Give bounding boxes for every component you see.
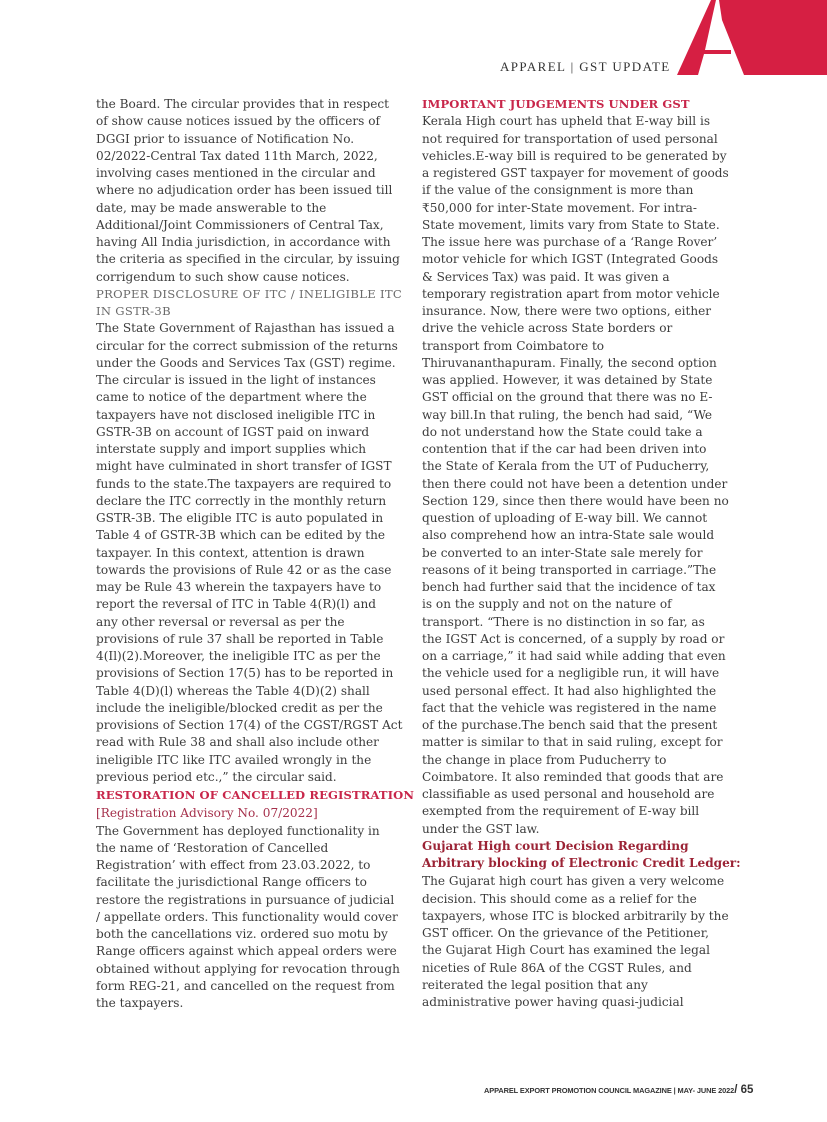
text-line: under the Goods and Services Tax (GST) r… bbox=[96, 355, 408, 372]
text-line: declare the ITC correctly in the monthly… bbox=[96, 493, 408, 510]
subheading-registration-advisory: [Registration Advisory No. 07/2022] bbox=[96, 805, 408, 822]
text-line: might have culminated in short transfer … bbox=[96, 458, 408, 475]
text-line: vehicles.E-way bill is required to be ge… bbox=[422, 148, 734, 165]
text-line: GST official on the ground that there wa… bbox=[422, 389, 734, 406]
text-line: the vehicle used for a negligible run, i… bbox=[422, 665, 734, 682]
section-title: APPAREL | GST UPDATE bbox=[500, 59, 671, 75]
text-line: provisions of Section 17(4) of the CGST/… bbox=[96, 717, 408, 734]
text-line: previous period etc.,” the circular said… bbox=[96, 769, 408, 786]
heading-gujarat-high-court-decision: Gujarat High court Decision RegardingArb… bbox=[422, 838, 734, 873]
text-line: reiterated the legal position that any bbox=[422, 977, 734, 994]
page-number: 65 bbox=[741, 1084, 754, 1096]
text-line: The issue here was purchase of a ‘Range … bbox=[422, 234, 734, 251]
text-line: / appellate orders. This functionality w… bbox=[96, 909, 408, 926]
text-line: decision. This should come as a relief f… bbox=[422, 891, 734, 908]
text-line: restore the registrations in pursuance o… bbox=[96, 892, 408, 909]
right-column: IMPORTANT JUDGEMENTS UNDER GST Kerala Hi… bbox=[422, 96, 734, 1011]
text-line: GSTR-3B on account of IGST paid on inwar… bbox=[96, 424, 408, 441]
text-line: reasons of it being transported in carri… bbox=[422, 562, 734, 579]
apparel-a-logo-icon bbox=[667, 0, 827, 76]
text-line: is on the supply and not on the nature o… bbox=[422, 596, 734, 613]
text-line: taxpayers have not disclosed ineligible … bbox=[96, 407, 408, 424]
text-line: ₹50,000 for inter-State movement. For in… bbox=[422, 200, 734, 217]
text-line: of the purchase.The bench said that the … bbox=[422, 717, 734, 734]
text-line: Section 129, since then there would have… bbox=[422, 493, 734, 510]
text-line: 4(Il)(2).Moreover, the ineligible ITC as… bbox=[96, 648, 408, 665]
text-line: do not understand how the State could ta… bbox=[422, 424, 734, 441]
text-line: GST officer. On the grievance of the Pet… bbox=[422, 925, 734, 942]
text-line: involving cases mentioned in the circula… bbox=[96, 165, 408, 182]
text-line: date, may be made answerable to the bbox=[96, 200, 408, 217]
text-line: the Gujarat High Court has examined the … bbox=[422, 942, 734, 959]
text-line: came to notice of the department where t… bbox=[96, 389, 408, 406]
text-line: facilitate the jurisdictional Range offi… bbox=[96, 874, 408, 891]
text-line: transport from Coimbatore to bbox=[422, 338, 734, 355]
paragraph-rajasthan-circular: The State Government of Rajasthan has is… bbox=[96, 320, 408, 786]
text-line: provisions of rule 37 shall be reported … bbox=[96, 631, 408, 648]
text-line: GSTR-3B. The eligible ITC is auto popula… bbox=[96, 510, 408, 527]
paragraph-kerala-high-court: Kerala High court has upheld that E-way … bbox=[422, 113, 734, 838]
text-line: The Gujarat high court has given a very … bbox=[422, 873, 734, 890]
text-line: question of uploading of E-way bill. We … bbox=[422, 510, 734, 527]
text-line: contention that if the car had been driv… bbox=[422, 441, 734, 458]
text-line: Registration’ with effect from 23.03.202… bbox=[96, 857, 408, 874]
text-line: may be Rule 43 wherein the taxpayers hav… bbox=[96, 579, 408, 596]
text-line: State movement, limits vary from State t… bbox=[422, 217, 734, 234]
text-line: Thiruvananthapuram. Finally, the second … bbox=[422, 355, 734, 372]
text-line: Gujarat High court Decision Regarding bbox=[422, 838, 734, 855]
text-line: transport. “There is no distinction in s… bbox=[422, 614, 734, 631]
text-line: under the GST law. bbox=[422, 821, 734, 838]
text-line: where no adjudication order has been iss… bbox=[96, 182, 408, 199]
text-line: the name of ‘Restoration of Cancelled bbox=[96, 840, 408, 857]
heading-important-judgements: IMPORTANT JUDGEMENTS UNDER GST bbox=[422, 96, 734, 113]
text-line: interstate supply and import supplies wh… bbox=[96, 441, 408, 458]
text-line: exempted from the requirement of E-way b… bbox=[422, 803, 734, 820]
text-line: a registered GST taxpayer for movement o… bbox=[422, 165, 734, 182]
text-line: also comprehend how an intra-State sale … bbox=[422, 527, 734, 544]
text-line: provisions of Section 17(5) has to be re… bbox=[96, 665, 408, 682]
text-line: The circular is issued in the light of i… bbox=[96, 372, 408, 389]
text-line: not required for transportation of used … bbox=[422, 131, 734, 148]
text-line: report the reversal of ITC in Table 4(R)… bbox=[96, 596, 408, 613]
text-line: matter is similar to that in said ruling… bbox=[422, 734, 734, 751]
text-line: way bill.In that ruling, the bench had s… bbox=[422, 407, 734, 424]
text-line: Table 4(D)(l) whereas the Table 4(D)(2) … bbox=[96, 683, 408, 700]
text-line: corrigendum to such show cause notices. bbox=[96, 269, 408, 286]
text-line: if the value of the consignment is more … bbox=[422, 182, 734, 199]
text-line: read with Rule 38 and shall also include… bbox=[96, 734, 408, 751]
text-line: the criteria as specified in the circula… bbox=[96, 251, 408, 268]
text-line: bench had further said that the incidenc… bbox=[422, 579, 734, 596]
text-line: Range officers against which appeal orde… bbox=[96, 943, 408, 960]
text-line: of show cause notices issued by the offi… bbox=[96, 113, 408, 130]
text-line: IN GSTR-3B bbox=[96, 303, 408, 320]
heading-restoration-cancelled-registration: RESTORATION OF CANCELLED REGISTRATION bbox=[96, 787, 408, 804]
text-line: The Government has deployed functionalit… bbox=[96, 823, 408, 840]
text-line: drive the vehicle across State borders o… bbox=[422, 320, 734, 337]
text-line: the State of Kerala from the UT of Puduc… bbox=[422, 458, 734, 475]
text-line: the taxpayers. bbox=[96, 995, 408, 1012]
text-line: Kerala High court has upheld that E-way … bbox=[422, 113, 734, 130]
paragraph-restoration-functionality: The Government has deployed functionalit… bbox=[96, 823, 408, 1013]
text-line: was applied. However, it was detained by… bbox=[422, 372, 734, 389]
text-line: Coimbatore. It also reminded that goods … bbox=[422, 769, 734, 786]
text-line: insurance. Now, there were two options, … bbox=[422, 303, 734, 320]
text-line: motor vehicle for which IGST (Integrated… bbox=[422, 251, 734, 268]
text-line: ineligible ITC like ITC availed wrongly … bbox=[96, 752, 408, 769]
text-line: funds to the state.The taxpayers are req… bbox=[96, 476, 408, 493]
heading-proper-disclosure-itc: PROPER DISCLOSURE OF ITC / INELIGIBLE IT… bbox=[96, 286, 408, 321]
page-footer: APPAREL EXPORT PROMOTION COUNCIL MAGAZIN… bbox=[484, 1080, 753, 1098]
text-line: be converted to an inter-State sale mere… bbox=[422, 545, 734, 562]
text-line: having All India jurisdiction, in accord… bbox=[96, 234, 408, 251]
text-line: Arbitrary blocking of Electronic Credit … bbox=[422, 855, 734, 872]
text-line: DGGI prior to issuance of Notification N… bbox=[96, 131, 408, 148]
paragraph-board-circular: the Board. The circular provides that in… bbox=[96, 96, 408, 286]
text-line: Additional/Joint Commissioners of Centra… bbox=[96, 217, 408, 234]
text-line: administrative power having quasi-judici… bbox=[422, 994, 734, 1011]
text-line: used personal effect. It had also highli… bbox=[422, 683, 734, 700]
text-line: taxpayers, whose ITC is blocked arbitrar… bbox=[422, 908, 734, 925]
text-line: the change in place from Puducherry to bbox=[422, 752, 734, 769]
text-line: then there could not have been a detenti… bbox=[422, 476, 734, 493]
text-line: niceties of Rule 86A of the CGST Rules, … bbox=[422, 960, 734, 977]
text-line: Table 4 of GSTR-3B which can be edited b… bbox=[96, 527, 408, 544]
text-line: on a carriage,” it had said while adding… bbox=[422, 648, 734, 665]
text-line: include the ineligible/blocked credit as… bbox=[96, 700, 408, 717]
text-line: The State Government of Rajasthan has is… bbox=[96, 320, 408, 337]
text-line: taxpayer. In this context, attention is … bbox=[96, 545, 408, 562]
text-line: the Board. The circular provides that in… bbox=[96, 96, 408, 113]
text-line: classifiable as used personal and househ… bbox=[422, 786, 734, 803]
paragraph-gujarat-high-court: The Gujarat high court has given a very … bbox=[422, 873, 734, 1011]
text-line: both the cancellations viz. ordered suo … bbox=[96, 926, 408, 943]
text-line: circular for the correct submission of t… bbox=[96, 338, 408, 355]
text-line: 02/2022-Central Tax dated 11th March, 20… bbox=[96, 148, 408, 165]
text-line: any other reversal or reversal as per th… bbox=[96, 614, 408, 631]
text-line: temporary registration apart from motor … bbox=[422, 286, 734, 303]
text-line: towards the provisions of Rule 42 or as … bbox=[96, 562, 408, 579]
text-line: obtained without applying for revocation… bbox=[96, 961, 408, 978]
text-line: & Services Tax) was paid. It was given a bbox=[422, 269, 734, 286]
text-line: fact that the vehicle was registered in … bbox=[422, 700, 734, 717]
left-column: the Board. The circular provides that in… bbox=[96, 96, 408, 1012]
text-line: form REG-21, and cancelled on the reques… bbox=[96, 978, 408, 995]
magazine-name: APPAREL EXPORT PROMOTION COUNCIL MAGAZIN… bbox=[484, 1086, 734, 1095]
text-line: PROPER DISCLOSURE OF ITC / INELIGIBLE IT… bbox=[96, 286, 408, 303]
text-line: the IGST Act is concerned, of a supply b… bbox=[422, 631, 734, 648]
